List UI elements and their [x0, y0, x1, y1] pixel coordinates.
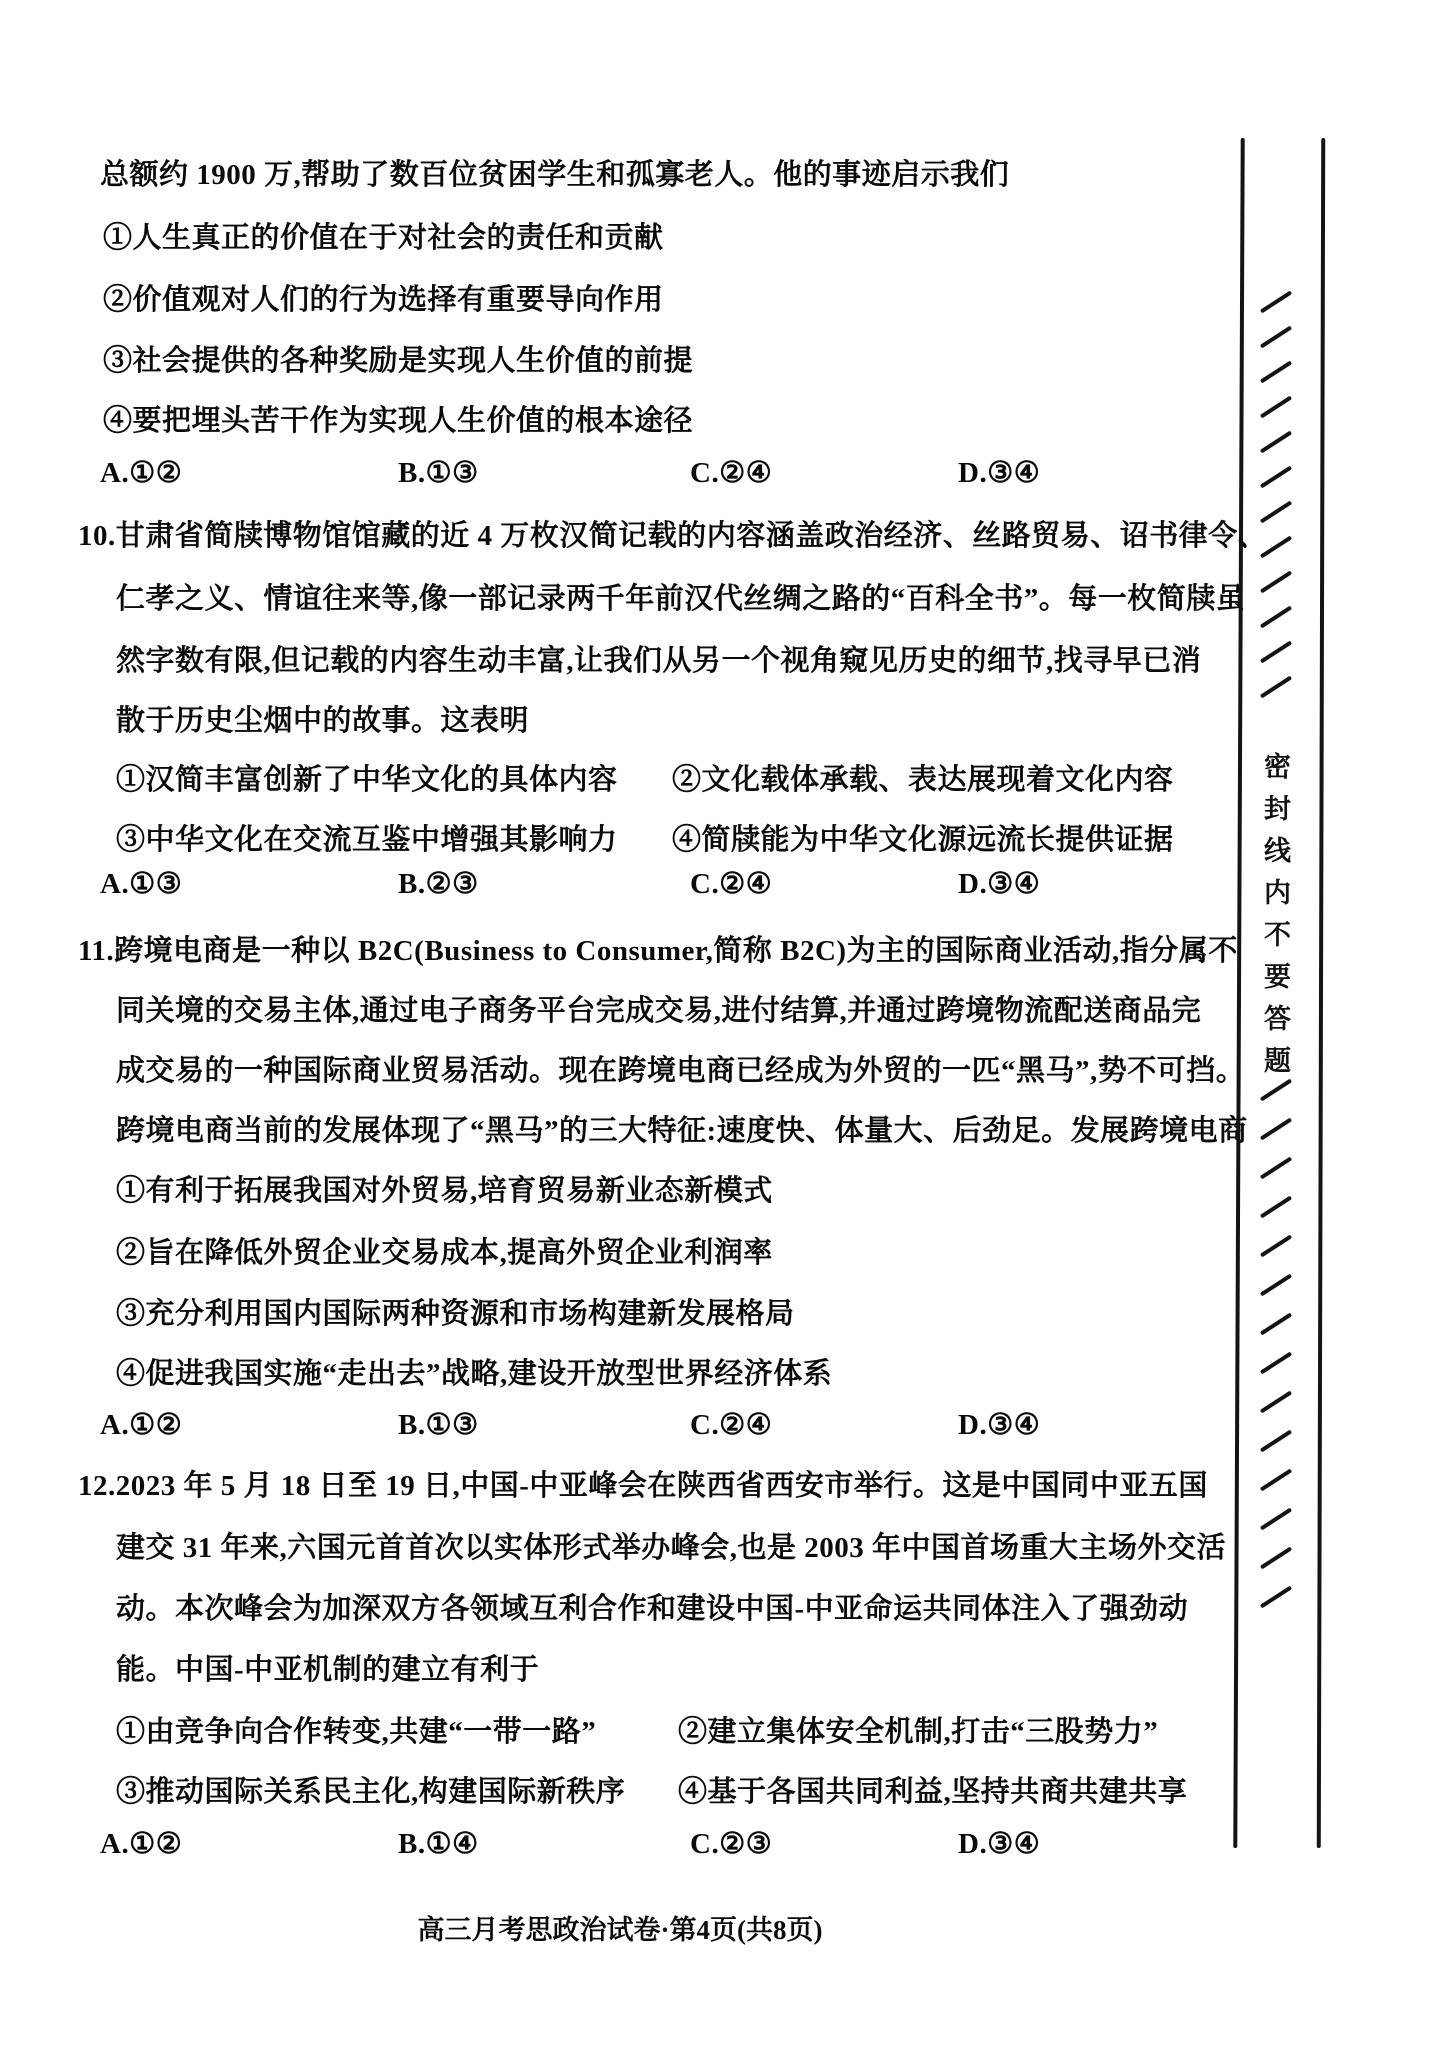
q12-option-c: C.②③ — [690, 1826, 772, 1861]
seal-slash — [1260, 396, 1292, 419]
q12-option-d: D.③④ — [958, 1826, 1040, 1861]
seal-slash — [1260, 1313, 1292, 1336]
q10-option-c: C.②④ — [690, 866, 772, 901]
seal-slash — [1260, 1118, 1292, 1141]
seal-text: 密封线内不要答题 — [1256, 752, 1295, 1088]
q10-option-d: D.③④ — [958, 866, 1040, 901]
q11-option-a: A.①② — [100, 1407, 182, 1442]
q9-option-d: D.③④ — [958, 455, 1040, 490]
seal-slash — [1260, 641, 1292, 664]
seal-slash — [1260, 291, 1292, 314]
q10-line-1: 10.甘肃省简牍博物馆馆藏的近 4 万枚汉简记载的内容涵盖政治经济、丝路贸易、诏… — [78, 513, 1267, 554]
q9-option-b: B.①③ — [398, 455, 479, 490]
seal-slash — [1260, 1586, 1292, 1609]
seal-slash — [1260, 1157, 1292, 1180]
q11-option-d: D.③④ — [958, 1407, 1040, 1442]
q9-stem-tail: 总额约 1900 万,帮助了数百位贫困学生和孤寡老人。他的事迹启示我们 — [100, 152, 1009, 193]
seal-slash — [1260, 361, 1292, 384]
q11-line-4: 跨境电商当前的发展体现了“黑马”的三大特征:速度快、体量大、后劲足。发展跨境电商 — [116, 1108, 1248, 1149]
q10-statement-4: ④简牍能为中华文化源远流长提供证据 — [672, 817, 1174, 858]
q11-line-1: 11.跨境电商是一种以 B2C(Business to Consumer,简称 … — [78, 928, 1238, 969]
q12-statement-2: ②建立集体安全机制,打击“三股势力” — [678, 1709, 1158, 1750]
seal-slash — [1260, 1469, 1292, 1492]
q9-statement-3: ③社会提供的各种奖励是实现人生价值的前提 — [103, 338, 693, 379]
q10-statement-1: ①汉简丰富创新了中华文化的具体内容 — [116, 757, 618, 798]
q10-line-4: 散于历史尘烟中的故事。这表明 — [116, 698, 529, 739]
exam-page: 总额约 1900 万,帮助了数百位贫困学生和孤寡老人。他的事迹启示我们 ①人生真… — [0, 0, 1448, 2048]
q12-option-b: B.①④ — [398, 1826, 479, 1861]
seal-slash-group-top — [1258, 300, 1302, 689]
q12-statement-3: ③推动国际关系民主化,构建国际新秩序 — [116, 1769, 625, 1810]
q10-line-2: 仁孝之义、情谊往来等,像一部记录两千年前汉代丝绸之路的“百科全书”。每一枚简牍虽 — [116, 576, 1245, 617]
seal-slash — [1260, 571, 1292, 594]
q10-option-a: A.①③ — [100, 866, 182, 901]
seal-slash — [1260, 606, 1292, 629]
q11-statement-2: ②旨在降低外贸企业交易成本,提高外贸企业利润率 — [116, 1230, 773, 1271]
q12-line-1: 12.2023 年 5 月 18 日至 19 日,中国-中亚峰会在陕西省西安市举… — [78, 1463, 1208, 1504]
seal-slash — [1260, 536, 1292, 559]
seal-slash — [1260, 676, 1292, 699]
q10-line-3: 然字数有限,但记载的内容生动丰富,让我们从另一个视角窥见历史的细节,找寻早已消 — [116, 638, 1201, 679]
q11-option-c: C.②④ — [690, 1407, 772, 1442]
seal-slash — [1260, 501, 1292, 524]
q10-statement-3: ③中华文化在交流互鉴中增强其影响力 — [116, 817, 618, 858]
q9-statement-2: ②价值观对人们的行为选择有重要导向作用 — [103, 277, 664, 318]
seal-slash — [1260, 1508, 1292, 1531]
q9-statement-1: ①人生真正的价值在于对社会的责任和贡献 — [103, 215, 664, 256]
q12-line-2: 建交 31 年来,六国元首首次以实体形式举办峰会,也是 2003 年中国首场重大… — [116, 1525, 1226, 1566]
seal-slash — [1260, 1352, 1292, 1375]
seal-slash — [1260, 431, 1292, 454]
seal-slash — [1260, 466, 1292, 489]
q11-statement-1: ①有利于拓展我国对外贸易,培育贸易新业态新模式 — [116, 1168, 773, 1209]
seal-border-right-line — [1317, 138, 1325, 1848]
q12-statement-4: ④基于各国共同利益,坚持共商共建共享 — [678, 1769, 1187, 1810]
seal-slash — [1260, 1235, 1292, 1258]
q12-statement-1: ①由竞争向合作转变,共建“一带一路” — [116, 1709, 596, 1750]
q10-option-b: B.②③ — [398, 866, 479, 901]
seal-slash — [1260, 1391, 1292, 1414]
q9-option-c: C.②④ — [690, 455, 772, 490]
seal-slash — [1260, 1547, 1292, 1570]
q11-line-2: 同关境的交易主体,通过电子商务平台完成交易,进付结算,并通过跨境物流配送商品完 — [116, 988, 1201, 1029]
q12-line-3: 动。本次峰会为加深双方各领域互利合作和建设中国-中亚命运共同体注入了强劲动 — [116, 1586, 1188, 1627]
q11-option-b: B.①③ — [398, 1407, 479, 1442]
q10-statement-2: ②文化载体承载、表达展现着文化内容 — [672, 757, 1174, 798]
seal-slash-group-bottom — [1258, 1088, 1302, 1599]
seal-border-left-line — [1233, 138, 1244, 1848]
q11-line-3: 成交易的一种国际商业贸易活动。现在跨境电商已经成为外贸的一匹“黑马”,势不可挡。 — [116, 1048, 1245, 1089]
seal-slash — [1260, 1196, 1292, 1219]
q9-statement-4: ④要把埋头苦干作为实现人生价值的根本途径 — [103, 398, 693, 439]
q12-line-4: 能。中国-中亚机制的建立有利于 — [116, 1647, 539, 1688]
seal-slash — [1260, 1430, 1292, 1453]
q11-statement-3: ③充分利用国内国际两种资源和市场构建新发展格局 — [116, 1291, 795, 1332]
q11-statement-4: ④促进我国实施“走出去”战略,建设开放型世界经济体系 — [116, 1351, 832, 1392]
q12-option-a: A.①② — [100, 1826, 182, 1861]
seal-slash — [1260, 1274, 1292, 1297]
footer-page-label: 高三月考思政治试卷·第4页(共8页) — [0, 1908, 1240, 1947]
seal-slash — [1260, 326, 1292, 349]
q9-option-a: A.①② — [100, 455, 182, 490]
